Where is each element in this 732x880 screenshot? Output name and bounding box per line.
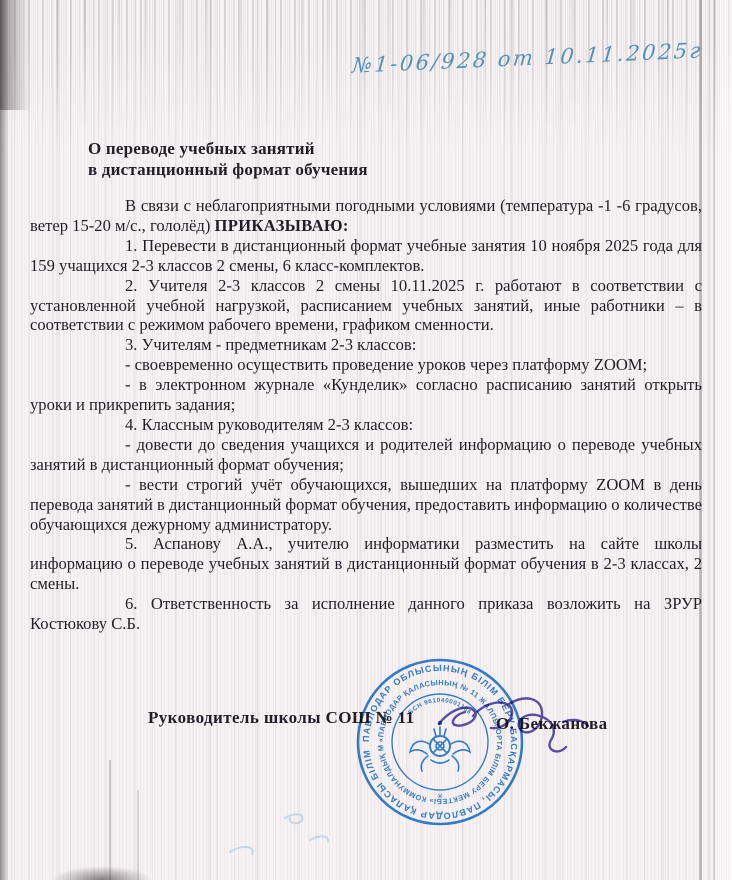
order-intro-paragraph: В связи с неблагоприятными погодными усл… bbox=[30, 196, 702, 236]
order-subject-line2: в дистанционный формат обучения bbox=[88, 159, 368, 180]
order-subject-line1: О переводе учебных занятий bbox=[88, 138, 368, 159]
order-item: 4. Классным руководителям 2-3 классов: bbox=[30, 415, 702, 435]
order-item: - довести до сведения учащихся и родител… bbox=[30, 435, 702, 475]
scan-streak-right-2 bbox=[713, 0, 715, 880]
faint-blue-scribbles bbox=[190, 810, 370, 870]
order-item: 1. Перевести в дистанционный формат учеб… bbox=[30, 236, 702, 276]
order-item: 2. Учителя 2-3 классов 2 смены 10.11.202… bbox=[30, 276, 702, 336]
order-item: - своевременно осуществить проведение ур… bbox=[30, 355, 702, 375]
stamp-bottom-star-icon: ✳ bbox=[437, 792, 444, 801]
order-item: 3. Учителям - предметникам 2-3 классов: bbox=[30, 335, 702, 355]
order-intro-text: В связи с неблагоприятными погодными усл… bbox=[30, 196, 702, 235]
scan-dark-bottom-smudge bbox=[52, 866, 152, 880]
scan-dark-top-left bbox=[0, 0, 30, 110]
scan-streak-left-edge bbox=[0, 0, 8, 880]
scan-light-right-edge bbox=[720, 0, 732, 880]
order-keyword: ПРИКАЗЫВАЮ: bbox=[215, 216, 349, 235]
scan-streak-bottom-1 bbox=[109, 760, 111, 880]
order-item: 5. Аспанову А.А., учителю информатики ра… bbox=[30, 534, 702, 594]
order-item: - вести строгий учёт обучающихся, вышедш… bbox=[30, 475, 702, 535]
scanned-order-page: №1-06/928 от 10.11.2025г О переводе учеб… bbox=[0, 0, 732, 880]
signature-ink bbox=[425, 678, 600, 778]
order-subject-heading: О переводе учебных занятий в дистанционн… bbox=[88, 138, 368, 180]
order-item: 6. Ответственность за исполнение данного… bbox=[30, 594, 702, 634]
order-item: - в электронном журнале «Кунделик» согла… bbox=[30, 375, 702, 415]
order-body: В связи с неблагоприятными погодными усл… bbox=[30, 196, 702, 634]
